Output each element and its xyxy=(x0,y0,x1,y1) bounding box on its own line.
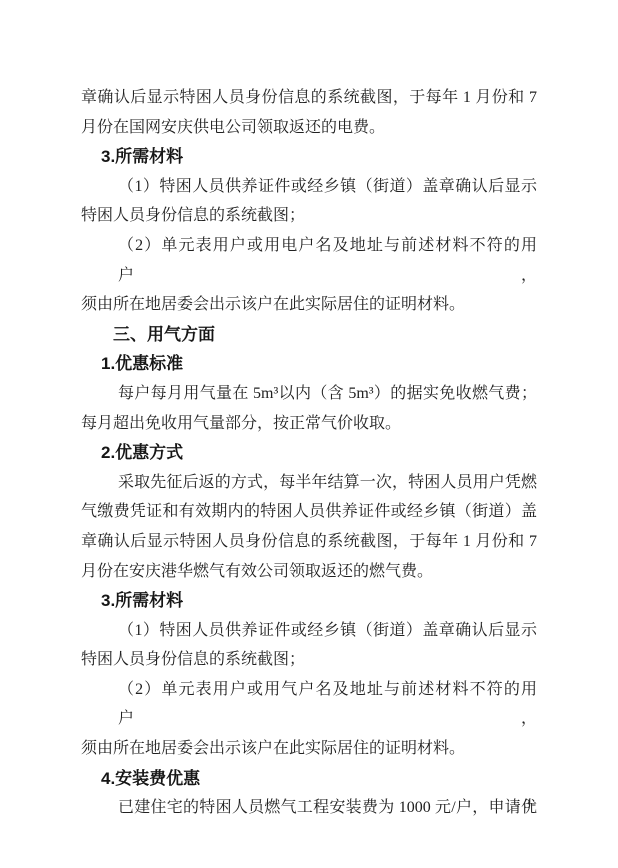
body-line: （1）特困人员供养证件或经乡镇（街道）盖章确认后显示 xyxy=(81,616,537,646)
heading-line: 3.所需材料 xyxy=(81,142,537,172)
body-line: 特困人员身份信息的系统截图； xyxy=(81,645,537,675)
body-line: 已建住宅的特困人员燃气工程安装费为 1000 元/户，申请优 xyxy=(81,793,537,823)
heading-line: 3.所需材料 xyxy=(81,586,537,616)
body-line: （2）单元表用户或用电户名及地址与前述材料不符的用户， xyxy=(81,231,537,290)
body-line: 特困人员身份信息的系统截图； xyxy=(81,201,537,231)
body-line: 气缴费凭证和有效期内的特困人员供养证件或经乡镇（街道）盖 xyxy=(81,497,537,527)
heading-line: 1.优惠标准 xyxy=(81,349,537,379)
body-line: 每月超出免收用气量部分，按正常气价收取。 xyxy=(81,409,537,439)
page-number: - 3- xyxy=(515,796,537,812)
body-line: 须由所在地居委会出示该户在此实际居住的证明材料。 xyxy=(81,734,537,764)
heading-line: 三、用气方面 xyxy=(81,320,537,350)
heading-line: 2.优惠方式 xyxy=(81,438,537,468)
body-line: 章确认后显示特困人员身份信息的系统截图，于每年 1 月份和 7 xyxy=(81,527,537,557)
body-line: 每户每月用气量在 5m³以内（含 5m³）的据实免收燃气费； xyxy=(81,379,537,409)
body-line: 采取先征后返的方式，每半年结算一次，特困人员用户凭燃 xyxy=(81,468,537,498)
body-line: （2）单元表用户或用气户名及地址与前述材料不符的用户， xyxy=(81,675,537,734)
body-line: 月份在安庆港华燃气有效公司领取返还的燃气费。 xyxy=(81,557,537,587)
body-line: 月份在国网安庆供电公司领取返还的电费。 xyxy=(81,113,537,143)
body-line: 章确认后显示特困人员身份信息的系统截图，于每年 1 月份和 7 xyxy=(81,83,537,113)
heading-line: 4.安装费优惠 xyxy=(81,764,537,794)
body-line: 须由所在地居委会出示该户在此实际居住的证明材料。 xyxy=(81,290,537,320)
body-line: （1）特困人员供养证件或经乡镇（街道）盖章确认后显示 xyxy=(81,172,537,202)
document-page: 章确认后显示特困人员身份信息的系统截图，于每年 1 月份和 7月份在国网安庆供电… xyxy=(0,0,618,868)
document-content: 章确认后显示特困人员身份信息的系统截图，于每年 1 月份和 7月份在国网安庆供电… xyxy=(81,83,537,823)
